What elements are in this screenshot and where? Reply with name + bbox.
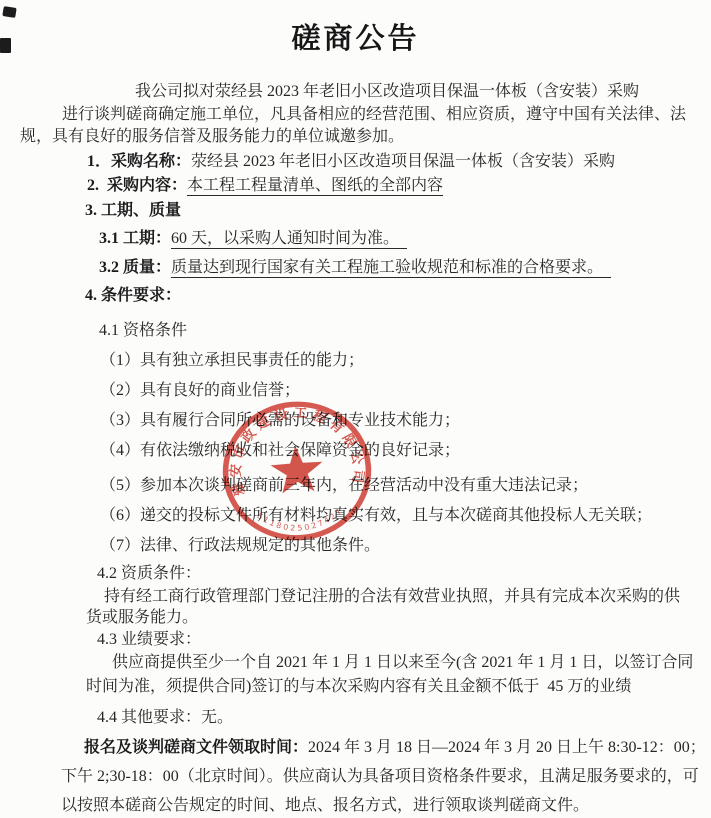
section-4-3-paragraph-line-1: 供应商提供至少一个自 2021 年 1 月 1 日以来至今(含 2021 年 1… [112,653,693,673]
item-4-requirements: 4. 条件要求： [85,286,181,306]
item-3-1-number: 3.1 [99,230,123,247]
item-2-label: 采购内容： [107,177,187,194]
item-3-label: 工期、质量 [101,202,181,219]
intro-line-1: 我公司拟对荥经县 2023 年老旧小区改造项目保温一体板（含安装）采购 [135,82,639,102]
section-4-2-paragraph-line-1: 持有经工商行政管理部门登记注册的合法有效营业执照，并具有完成本次采购的供 [104,587,680,607]
item-1-procurement-name: 1．采购名称：荥经县 2023 年老旧小区改造项目保温一体板（含安装）采购 [87,152,615,172]
item-3-1-underlined-text: 60 天，以采购人通知时间为准。 [171,230,407,249]
section-4-2-paragraph-line-2: 货或服务能力。 [86,608,198,628]
item-3-2-label: 质量： [123,259,171,276]
section-4-2-title: 4.2 资质条件： [97,564,201,584]
intro-line-3: 规，具有良好的服务信誉及服务能力的单位诚邀参加。 [20,127,404,147]
item-3-2-quality: 3.2 质量：质量达到现行国家有关工程施工验收规范和标准的合格要求。 [99,258,611,278]
item-1-label: 采购名称： [111,153,191,170]
registration-time-value: 2024 年 3 月 18 日—2024 年 3 月 20 日上午 8:30-1… [308,739,706,756]
item-1-number: 1． [87,153,111,170]
section-4-3-paragraph-line-2: 时间为准，须提供合同)签订的与本次采购内容有关且金额不低于 45 万的业绩 [86,677,631,697]
item-1-text: 荥经县 2023 年老旧小区改造项目保温一体板（含安装）采购 [191,153,615,170]
item-3-1-duration: 3.1 工期：60 天，以采购人通知时间为准。 [99,229,407,249]
item-2-number: 2. [87,177,107,194]
condition-2: （2）具有良好的商业信誉； [100,381,300,401]
official-seal: 雅安市政建设工程有限公司 5118025027427 [216,394,378,548]
item-3-number: 3. [85,202,101,219]
registration-time-label: 报名及谈判磋商文件领取时间： [84,739,308,756]
condition-1: （1）具有独立承担民事责任的能力； [100,351,364,371]
page-title: 磋商公告 [0,16,711,57]
section-4-4-title: 4.4 其他要求：无。 [97,708,233,728]
document-page: 磋商公告 我公司拟对荥经县 2023 年老旧小区改造项目保温一体板（含安装）采购… [0,0,711,818]
intro-line-2: 进行谈判磋商确定施工单位，凡具备相应的经营范围、相应资质，遵守中国有关法律、法 [62,105,686,125]
footer-line-3: 以按照本磋商公告规定的时间、地点、报名方式，进行领取谈判磋商文件。 [61,796,589,816]
item-3-1-label: 工期： [123,230,171,247]
item-3-schedule-quality: 3. 工期、质量 [85,201,181,221]
item-2-procurement-content: 2. 采购内容：本工程工程量清单、图纸的全部内容 [87,176,443,196]
seal-star-icon [269,444,324,494]
item-3-2-number: 3.2 [99,259,123,276]
item-4-number: 4. [85,287,101,304]
section-4-3-title: 4.3 业绩要求： [97,630,201,650]
seal-graphic: 雅安市政建设工程有限公司 5118025027427 [216,394,378,548]
footer-line-2: 下午 2;30-18：00（北京时间）。供应商认为具备项目资格条件要求，且满足服… [61,767,699,787]
item-4-label: 条件要求： [101,287,181,304]
item-3-2-underlined-text: 质量达到现行国家有关工程施工验收规范和标准的合格要求。 [171,259,611,278]
section-4-1-title: 4.1 资格条件 [99,321,187,341]
footer-line-1: 报名及谈判磋商文件领取时间：2024 年 3 月 18 日—2024 年 3 月… [84,738,706,758]
item-2-underlined-text: 本工程工程量清单、图纸的全部内容 [187,177,443,196]
